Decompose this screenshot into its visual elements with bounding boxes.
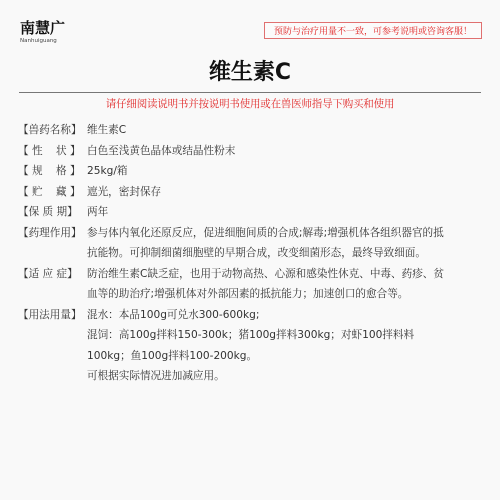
info-label: 【用法用量】 (18, 305, 87, 387)
info-value-line: 抗能物。可抑制细菌细胞壁的早期合成，改变细菌形态，最终导致细面。 (87, 243, 484, 264)
info-value: 防治维生素C缺乏症，也用于动物高热、心源和感染性休克、中毒、药疹、贫 血等的助治… (87, 264, 484, 305)
info-value-line: 两年 (87, 202, 484, 223)
info-row-pharmacology: 【药理作用】 参与体内氧化还原反应，促进细胞间质的合成;解毒;增强机体各组织器官… (18, 223, 484, 264)
info-value-line: 维生素C (87, 120, 484, 141)
info-row-dosage: 【用法用量】 混水：本品100g可兑水300-600kg; 混饲：高100g拌料… (18, 305, 484, 387)
info-value-line: 参与体内氧化还原反应，促进细胞间质的合成;解毒;增强机体各组织器官的抵 (87, 223, 484, 244)
info-value-line: 遮光，密封保存 (87, 182, 484, 203)
info-value: 参与体内氧化还原反应，促进细胞间质的合成;解毒;增强机体各组织器官的抵 抗能物。… (87, 223, 484, 264)
info-value-line: 混水：本品100g可兑水300-600kg; (87, 305, 484, 326)
brand-name-en: Nanhuiguang (20, 38, 70, 45)
product-info-list: 【兽药名称】 维生素C 【 性 状 】 白色至浅黄色晶体或结晶性粉末 【 规 格… (18, 120, 484, 387)
info-label: 【药理作用】 (18, 223, 87, 264)
info-label: 【 贮 藏 】 (18, 182, 87, 203)
info-value-line: 100kg；鱼100g拌料100-200kg。 (87, 346, 484, 367)
info-value: 25kg/箱 (87, 161, 484, 182)
usage-notice: 请仔细阅读说明书并按说明书使用或在兽医师指导下购买和使用 (0, 97, 500, 111)
info-value-line: 白色至浅黄色晶体或结晶性粉末 (87, 141, 484, 162)
dosage-warning-badge: 预防与治疗用量不一致，可参考说明或咨询客服！ (264, 22, 482, 39)
info-value-line: 混饲：高100g拌料150-300k；猪100g拌料300kg；对虾100拌料料 (87, 325, 484, 346)
info-value: 白色至浅黄色晶体或结晶性粉末 (87, 141, 484, 162)
info-value: 混水：本品100g可兑水300-600kg; 混饲：高100g拌料150-300… (87, 305, 484, 387)
info-value-line: 可根据实际情况进加减应用。 (87, 366, 484, 387)
info-label: 【兽药名称】 (18, 120, 87, 141)
info-value-line: 25kg/箱 (87, 161, 484, 182)
info-value: 两年 (87, 202, 484, 223)
info-row-storage: 【 贮 藏 】 遮光，密封保存 (18, 182, 484, 203)
info-label: 【适 应 症】 (18, 264, 87, 305)
info-value: 遮光，密封保存 (87, 182, 484, 203)
brand-logo: 南慧广 Nanhuiguang (20, 20, 70, 45)
product-title: 维生素C (0, 59, 500, 87)
info-row-spec: 【 规 格 】 25kg/箱 (18, 161, 484, 182)
info-value-line: 防治维生素C缺乏症，也用于动物高热、心源和感染性休克、中毒、药疹、贫 (87, 264, 484, 285)
info-row-indications: 【适 应 症】 防治维生素C缺乏症，也用于动物高热、心源和感染性休克、中毒、药疹… (18, 264, 484, 305)
info-label: 【 性 状 】 (18, 141, 87, 162)
brand-name-cn: 南慧广 (20, 20, 70, 37)
info-value-line: 血等的助治疗;增强机体对外部因素的抵抗能力；加速创口的愈合等。 (87, 284, 484, 305)
info-row-appearance: 【 性 状 】 白色至浅黄色晶体或结晶性粉末 (18, 141, 484, 162)
info-value: 维生素C (87, 120, 484, 141)
info-label: 【保 质 期】 (18, 202, 87, 223)
info-row-shelf-life: 【保 质 期】 两年 (18, 202, 484, 223)
info-row-name: 【兽药名称】 维生素C (18, 120, 484, 141)
title-divider (19, 92, 481, 93)
info-label: 【 规 格 】 (18, 161, 87, 182)
